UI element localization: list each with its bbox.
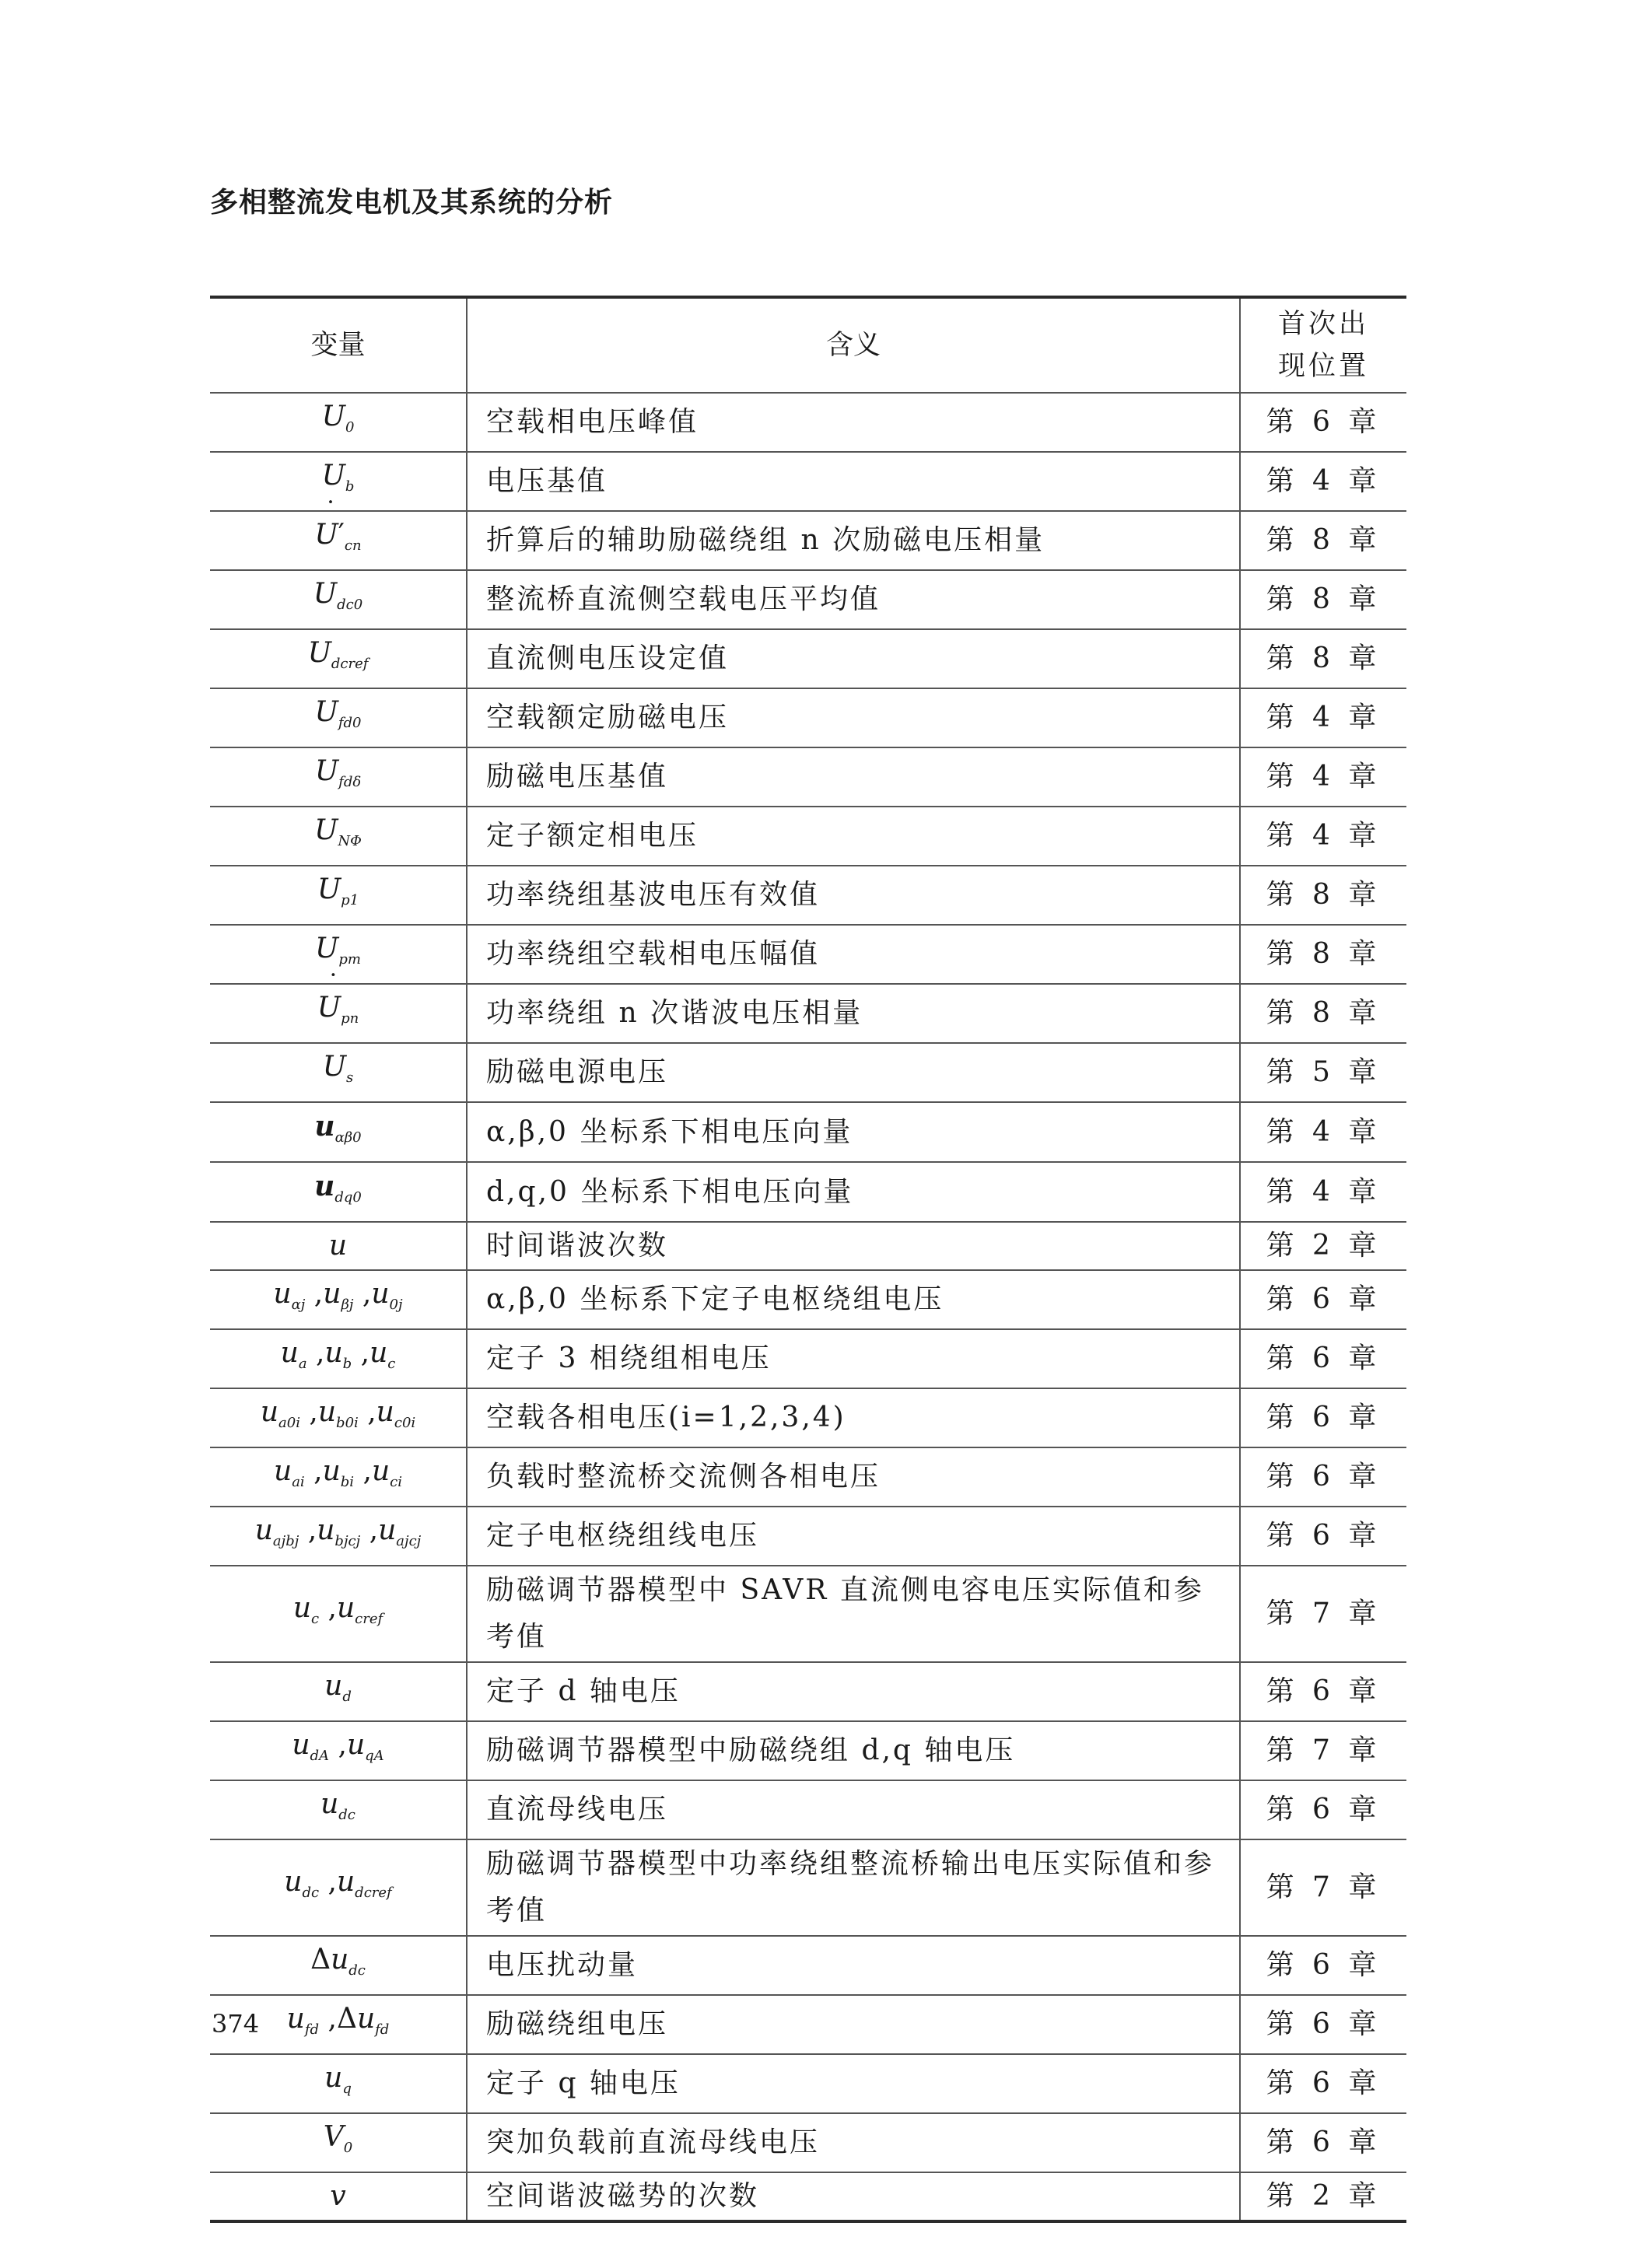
variable-symbol: uc ,ucref bbox=[210, 1566, 467, 1662]
first-appearance-chapter: 第 6 章 bbox=[1240, 1270, 1406, 1329]
table-row: U′cn折算后的辅助励磁绕组 n 次励磁电压相量第 8 章 bbox=[210, 511, 1406, 570]
first-appearance-chapter: 第 8 章 bbox=[1240, 984, 1406, 1043]
table-row: uajbj ,ubjcj ,uajcj定子电枢绕组线电压第 6 章 bbox=[210, 1507, 1406, 1566]
table-row: Ufdδ励磁电压基值第 4 章 bbox=[210, 747, 1406, 807]
variable-symbol: Udcref bbox=[210, 629, 467, 688]
table-row: uαβ0α,β,0 坐标系下相电压向量第 4 章 bbox=[210, 1102, 1406, 1162]
variable-symbol: ua0i ,ub0i ,uc0i bbox=[210, 1388, 467, 1447]
variable-symbol: u bbox=[210, 1222, 467, 1270]
first-appearance-chapter: 第 6 章 bbox=[1240, 1507, 1406, 1566]
first-appearance-chapter: 第 8 章 bbox=[1240, 866, 1406, 925]
first-appearance-chapter: 第 6 章 bbox=[1240, 1936, 1406, 1995]
table-row: udc直流母线电压第 6 章 bbox=[210, 1780, 1406, 1839]
header-variable: 变量 bbox=[210, 297, 467, 393]
first-appearance-chapter: 第 6 章 bbox=[1240, 1329, 1406, 1388]
table-row: Ufd0空载额定励磁电压第 4 章 bbox=[210, 688, 1406, 747]
variable-meaning: 空载各相电压(i=1,2,3,4) bbox=[467, 1388, 1240, 1447]
variable-meaning: 定子 d 轴电压 bbox=[467, 1662, 1240, 1721]
variable-meaning: 直流侧电压设定值 bbox=[467, 629, 1240, 688]
variable-symbol: Ufd0 bbox=[210, 688, 467, 747]
table-row: Δudc电压扰动量第 6 章 bbox=[210, 1936, 1406, 1995]
variable-symbol: Udc0 bbox=[210, 570, 467, 629]
table-row: Upm功率绕组空载相电压幅值第 8 章 bbox=[210, 925, 1406, 984]
table-row: Ub电压基值第 4 章 bbox=[210, 452, 1406, 511]
table-row: U0空载相电压峰值第 6 章 bbox=[210, 393, 1406, 452]
variable-symbol: udA ,uqA bbox=[210, 1721, 467, 1780]
variable-meaning: 励磁调节器模型中 SAVR 直流侧电容电压实际值和参考值 bbox=[467, 1566, 1240, 1662]
first-appearance-chapter: 第 6 章 bbox=[1240, 1662, 1406, 1721]
variable-symbol: U0 bbox=[210, 393, 467, 452]
first-appearance-chapter: 第 6 章 bbox=[1240, 1388, 1406, 1447]
table-row: uαj ,uβj ,u0jα,β,0 坐标系下定子电枢绕组电压第 6 章 bbox=[210, 1270, 1406, 1329]
variable-symbol: v bbox=[210, 2172, 467, 2221]
variable-meaning: 负载时整流桥交流侧各相电压 bbox=[467, 1447, 1240, 1507]
table-row: V0突加负载前直流母线电压第 6 章 bbox=[210, 2113, 1406, 2172]
first-appearance-chapter: 第 4 章 bbox=[1240, 452, 1406, 511]
variable-meaning: 定子 3 相绕组相电压 bbox=[467, 1329, 1240, 1388]
first-appearance-chapter: 第 6 章 bbox=[1240, 2113, 1406, 2172]
variable-symbol: udc ,udcref bbox=[210, 1839, 467, 1936]
variable-meaning: 励磁电压基值 bbox=[467, 747, 1240, 807]
variable-meaning: α,β,0 坐标系下定子电枢绕组电压 bbox=[467, 1270, 1240, 1329]
first-appearance-chapter: 第 4 章 bbox=[1240, 1162, 1406, 1222]
table-row: Udc0整流桥直流侧空载电压平均值第 8 章 bbox=[210, 570, 1406, 629]
variable-meaning: 整流桥直流侧空载电压平均值 bbox=[467, 570, 1240, 629]
variable-meaning: 定子 q 轴电压 bbox=[467, 2054, 1240, 2113]
running-title: 多相整流发电机及其系统的分析 bbox=[210, 180, 613, 220]
first-appearance-chapter: 第 4 章 bbox=[1240, 747, 1406, 807]
first-appearance-chapter: 第 6 章 bbox=[1240, 1447, 1406, 1507]
page-number: 374 bbox=[212, 2009, 259, 2039]
first-appearance-chapter: 第 4 章 bbox=[1240, 1102, 1406, 1162]
first-appearance-chapter: 第 7 章 bbox=[1240, 1721, 1406, 1780]
table-row: udc ,udcref励磁调节器模型中功率绕组整流桥输出电压实际值和参考值第 7… bbox=[210, 1839, 1406, 1936]
variable-symbol: uq bbox=[210, 2054, 467, 2113]
variable-symbol: Us bbox=[210, 1043, 467, 1102]
first-appearance-chapter: 第 2 章 bbox=[1240, 1222, 1406, 1270]
variable-meaning: 功率绕组基波电压有效值 bbox=[467, 866, 1240, 925]
variable-meaning: 励磁调节器模型中励磁绕组 d,q 轴电压 bbox=[467, 1721, 1240, 1780]
variable-meaning: 功率绕组空载相电压幅值 bbox=[467, 925, 1240, 984]
variable-symbol: Up1 bbox=[210, 866, 467, 925]
first-appearance-chapter: 第 4 章 bbox=[1240, 807, 1406, 866]
table-header-row: 变量 含义 首次出 现位置 bbox=[210, 297, 1406, 393]
symbol-table: 变量 含义 首次出 现位置 U0空载相电压峰值第 6 章Ub电压基值第 4 章U… bbox=[210, 296, 1406, 2223]
variable-meaning: α,β,0 坐标系下相电压向量 bbox=[467, 1102, 1240, 1162]
first-appearance-chapter: 第 7 章 bbox=[1240, 1566, 1406, 1662]
variable-meaning: 励磁绕组电压 bbox=[467, 1995, 1240, 2054]
variable-meaning: 电压扰动量 bbox=[467, 1936, 1240, 1995]
variable-symbol: udc bbox=[210, 1780, 467, 1839]
header-meaning: 含义 bbox=[467, 297, 1240, 393]
table-row: Upn功率绕组 n 次谐波电压相量第 8 章 bbox=[210, 984, 1406, 1043]
table-row: u时间谐波次数第 2 章 bbox=[210, 1222, 1406, 1270]
variable-meaning: 折算后的辅助励磁绕组 n 次励磁电压相量 bbox=[467, 511, 1240, 570]
variable-meaning: 空载额定励磁电压 bbox=[467, 688, 1240, 747]
first-appearance-chapter: 第 5 章 bbox=[1240, 1043, 1406, 1102]
first-appearance-chapter: 第 8 章 bbox=[1240, 629, 1406, 688]
table-row: Udcref直流侧电压设定值第 8 章 bbox=[210, 629, 1406, 688]
variable-symbol: ud bbox=[210, 1662, 467, 1721]
first-appearance-chapter: 第 4 章 bbox=[1240, 688, 1406, 747]
header-first-appearance: 首次出 现位置 bbox=[1240, 297, 1406, 393]
table-row: UNΦ定子额定相电压第 4 章 bbox=[210, 807, 1406, 866]
variable-symbol: Δudc bbox=[210, 1936, 467, 1995]
variable-symbol: uαβ0 bbox=[210, 1102, 467, 1162]
first-appearance-chapter: 第 8 章 bbox=[1240, 570, 1406, 629]
variable-meaning: 突加负载前直流母线电压 bbox=[467, 2113, 1240, 2172]
table-row: udA ,uqA励磁调节器模型中励磁绕组 d,q 轴电压第 7 章 bbox=[210, 1721, 1406, 1780]
header-first-appearance-line1: 首次出 bbox=[1278, 309, 1369, 340]
variable-meaning: 直流母线电压 bbox=[467, 1780, 1240, 1839]
first-appearance-chapter: 第 8 章 bbox=[1240, 925, 1406, 984]
table-row: ua ,ub ,uc定子 3 相绕组相电压第 6 章 bbox=[210, 1329, 1406, 1388]
variable-meaning: 电压基值 bbox=[467, 452, 1240, 511]
variable-symbol: U′cn bbox=[210, 511, 467, 570]
variable-meaning: 空间谐波磁势的次数 bbox=[467, 2172, 1240, 2221]
first-appearance-chapter: 第 6 章 bbox=[1240, 393, 1406, 452]
variable-symbol: uajbj ,ubjcj ,uajcj bbox=[210, 1507, 467, 1566]
table-row: Us励磁电源电压第 5 章 bbox=[210, 1043, 1406, 1102]
variable-symbol: Upn bbox=[210, 984, 467, 1043]
table-row: ud定子 d 轴电压第 6 章 bbox=[210, 1662, 1406, 1721]
first-appearance-chapter: 第 7 章 bbox=[1240, 1839, 1406, 1936]
first-appearance-chapter: 第 2 章 bbox=[1240, 2172, 1406, 2221]
table-row: uc ,ucref励磁调节器模型中 SAVR 直流侧电容电压实际值和参考值第 7… bbox=[210, 1566, 1406, 1662]
variable-symbol: Ub bbox=[210, 452, 467, 511]
variable-symbol: ua ,ub ,uc bbox=[210, 1329, 467, 1388]
variable-symbol: Ufdδ bbox=[210, 747, 467, 807]
variable-symbol: udq0 bbox=[210, 1162, 467, 1222]
variable-meaning: 励磁电源电压 bbox=[467, 1043, 1240, 1102]
variable-meaning: 励磁调节器模型中功率绕组整流桥输出电压实际值和参考值 bbox=[467, 1839, 1240, 1936]
table-row: Up1功率绕组基波电压有效值第 8 章 bbox=[210, 866, 1406, 925]
first-appearance-chapter: 第 8 章 bbox=[1240, 511, 1406, 570]
header-first-appearance-line2: 现位置 bbox=[1278, 351, 1369, 382]
variable-meaning: 空载相电压峰值 bbox=[467, 393, 1240, 452]
first-appearance-chapter: 第 6 章 bbox=[1240, 1995, 1406, 2054]
first-appearance-chapter: 第 6 章 bbox=[1240, 2054, 1406, 2113]
variable-meaning: 时间谐波次数 bbox=[467, 1222, 1240, 1270]
variable-symbol: UNΦ bbox=[210, 807, 467, 866]
variable-symbol: uai ,ubi ,uci bbox=[210, 1447, 467, 1507]
table-row: udq0d,q,0 坐标系下相电压向量第 4 章 bbox=[210, 1162, 1406, 1222]
variable-meaning: 功率绕组 n 次谐波电压相量 bbox=[467, 984, 1240, 1043]
table-row: ufd ,Δufd励磁绕组电压第 6 章 bbox=[210, 1995, 1406, 2054]
variable-symbol: uαj ,uβj ,u0j bbox=[210, 1270, 467, 1329]
variable-symbol: V0 bbox=[210, 2113, 467, 2172]
first-appearance-chapter: 第 6 章 bbox=[1240, 1780, 1406, 1839]
variable-meaning: d,q,0 坐标系下相电压向量 bbox=[467, 1162, 1240, 1222]
variable-meaning: 定子电枢绕组线电压 bbox=[467, 1507, 1240, 1566]
table-row: ua0i ,ub0i ,uc0i空载各相电压(i=1,2,3,4)第 6 章 bbox=[210, 1388, 1406, 1447]
table-row: uai ,ubi ,uci负载时整流桥交流侧各相电压第 6 章 bbox=[210, 1447, 1406, 1507]
variable-meaning: 定子额定相电压 bbox=[467, 807, 1240, 866]
table-row: uq定子 q 轴电压第 6 章 bbox=[210, 2054, 1406, 2113]
table-row: v空间谐波磁势的次数第 2 章 bbox=[210, 2172, 1406, 2221]
